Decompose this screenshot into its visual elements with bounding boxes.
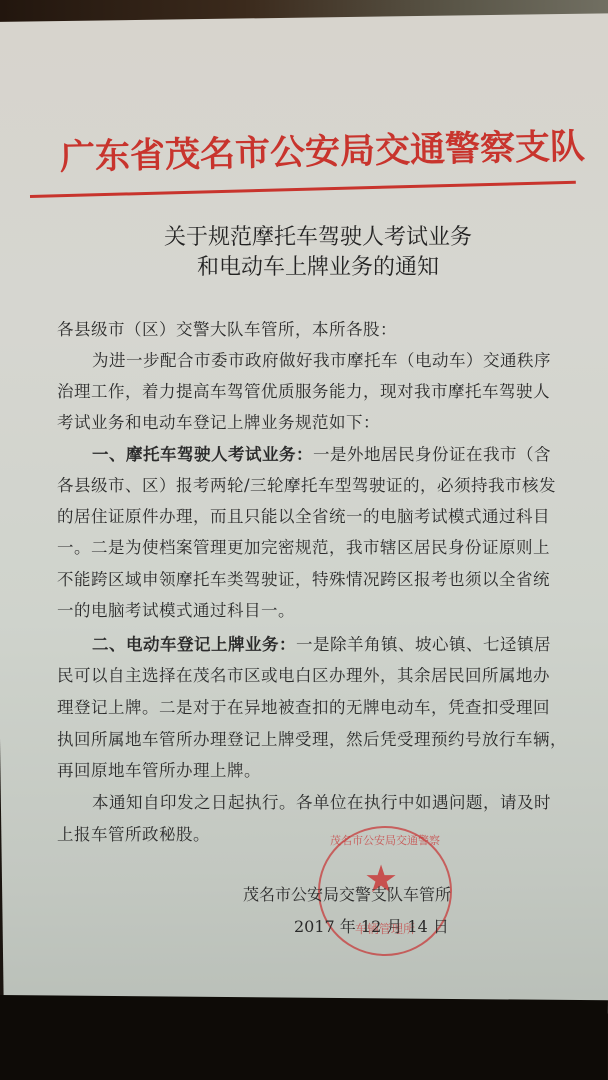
section-2-line: 民可以自主选择在茂名市区或电白区办理外，其余居民回所属地办 (57, 662, 550, 686)
section-2-line: 再回原地车管所办理上牌。 (57, 757, 261, 781)
header-divider (30, 181, 576, 198)
closing-line: 本通知自印发之日起执行。各单位在执行中如遇问题，请及时 (92, 789, 551, 813)
section-1-line: 一、摩托车驾驶人考试业务：一是外地居民身份证在我市（含 (92, 441, 551, 465)
paragraph-intro-line: 治理工作，着力提高车驾管优质服务能力，现对我市摩托车驾驶人 (57, 378, 550, 402)
section-2-line: 执回所属地车管所办理登记上牌受理，然后凭受理预约号放行车辆， (57, 726, 567, 750)
issue-date: 2017 年 12 月 14 日 (294, 914, 449, 937)
paragraph-intro-line: 考试业务和电动车登记上牌业务规范如下： (57, 409, 380, 433)
section-2-line: 二、电动车登记上牌业务：一是除羊角镇、坡心镇、七迳镇居 (92, 631, 551, 655)
notice-title-line-1: 关于规范摩托车驾驶人考试业务 (14, 220, 608, 251)
notice-title-line-2: 和电动车上牌业务的通知 (14, 250, 608, 281)
addressee: 各县级市（区）交警大队车管所，本所各股： (57, 316, 397, 340)
document: 广东省茂名市公安局交通警察支队 关于规范摩托车驾驶人考试业务 和电动车上牌业务的… (0, 0, 608, 1080)
section-2-text: 一是除羊角镇、坡心镇、七迳镇居 (296, 635, 551, 654)
section-1-line: 的居住证原件办理，而且只能以全省统一的电脑考试模式通过科目 (57, 503, 550, 527)
issuer-signature: 茂名市公安局交警支队车管所 (243, 882, 451, 905)
section-1-line: 一的电脑考试模式通过科目一。 (57, 597, 295, 621)
section-1-text: 一是外地居民身份证在我市（含 (313, 445, 551, 464)
section-1-line: 不能跨区域申领摩托车类驾驶证，特殊情况跨区报考也须以全省统 (57, 566, 550, 590)
seal-arc-text: 茂名市公安局交通警察 (326, 832, 444, 848)
section-1-heading: 一、摩托车驾驶人考试业务： (92, 445, 313, 464)
agency-header: 广东省茂名市公安局交通警察支队 (59, 120, 560, 180)
section-2-heading: 二、电动车登记上牌业务： (92, 635, 296, 654)
paragraph-intro-line: 为进一步配合市委市政府做好我市摩托车（电动车）交通秩序 (92, 347, 551, 371)
closing-line: 上报车管所政秘股。 (57, 821, 210, 845)
section-1-line: 一。二是为使档案管理更加完密规范，我市辖区居民身份证原则上 (57, 534, 550, 558)
section-1-line: 各县级市、区）报考两轮/三轮摩托车型驾驶证的，必须持我市核发 (57, 472, 556, 496)
section-2-line: 理登记上牌。二是对于在异地被查扣的无牌电动车，凭查扣受理回 (57, 694, 550, 718)
